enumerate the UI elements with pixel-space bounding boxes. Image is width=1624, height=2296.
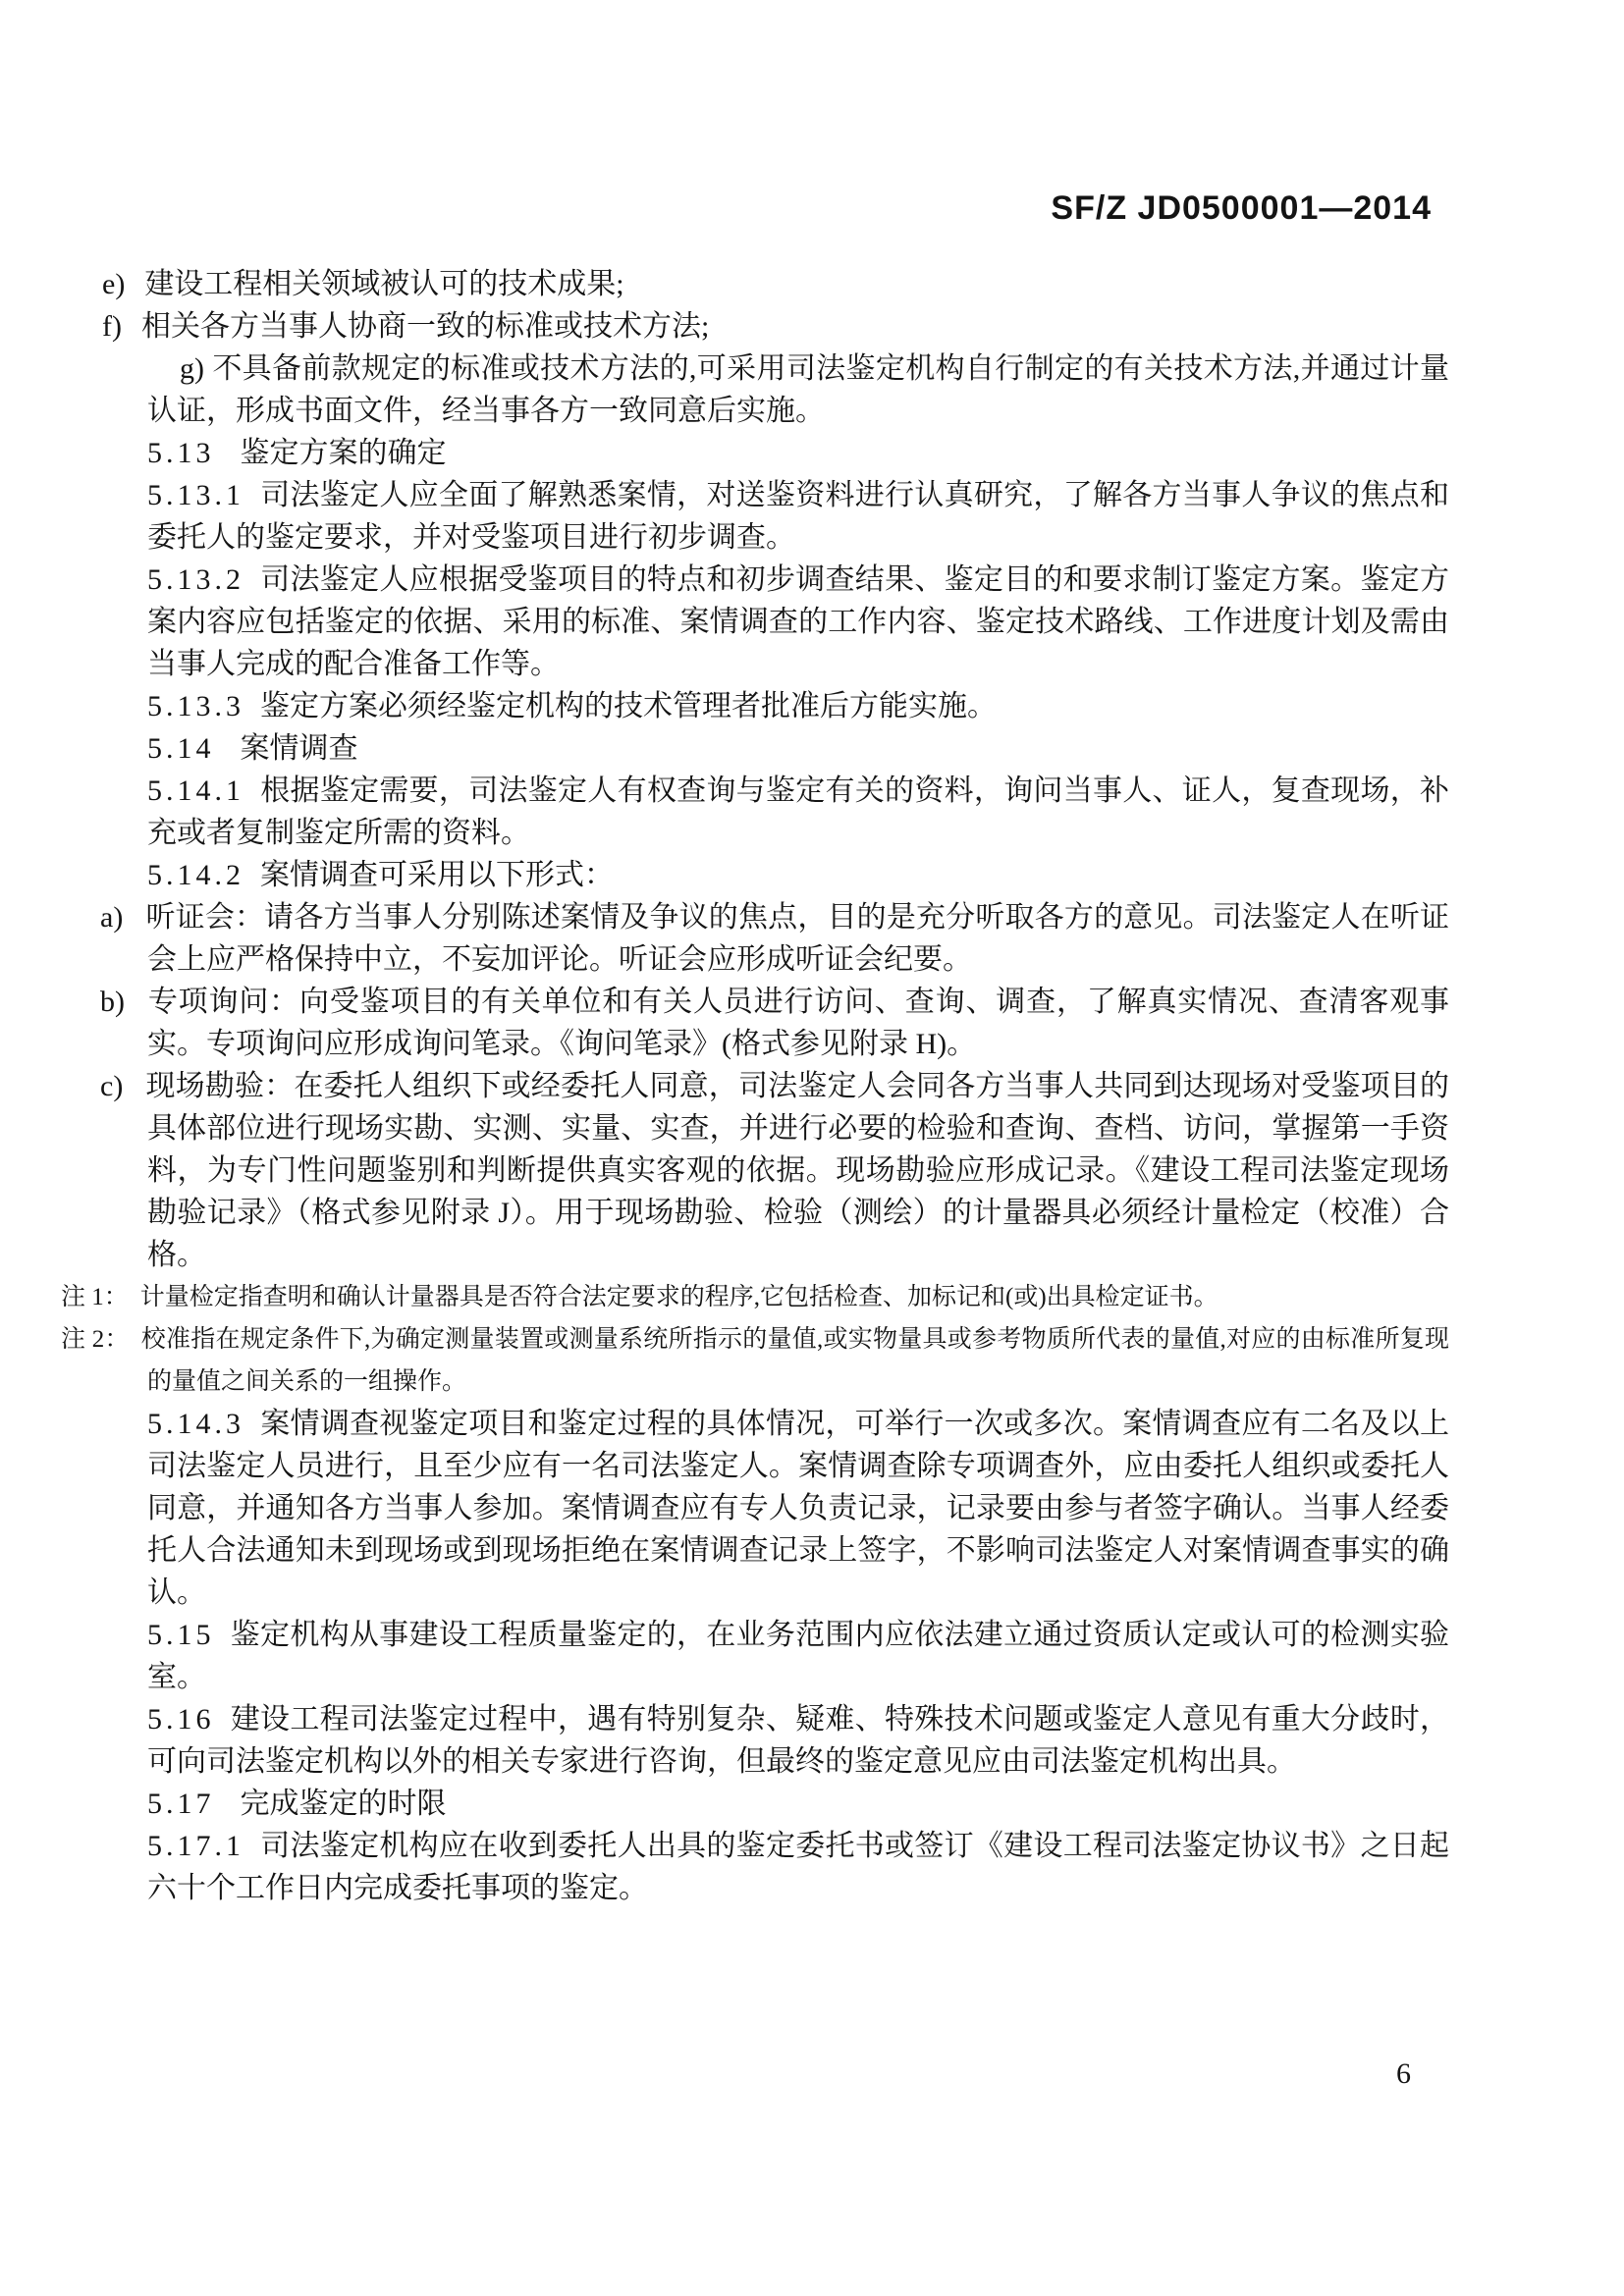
paragraph-5-15: 5.15鉴定机构从事建设工程质量鉴定的，在业务范围内应依法建立通过资质认定或认可… xyxy=(147,1614,1449,1698)
paragraph-number: 5.13.2 xyxy=(147,563,244,596)
paragraph-5-13-1: 5.13.1司法鉴定人应全面了解熟悉案情，对送鉴资料进行认真研究，了解各方当事人… xyxy=(147,474,1449,559)
paragraph-text: 司法鉴定人应全面了解熟悉案情，对送鉴资料进行认真研究，了解各方当事人争议的焦点和… xyxy=(147,479,1449,554)
paragraph-text: 案情调查可采用以下形式： xyxy=(260,859,614,891)
paragraph-number: 5.14.2 xyxy=(147,859,244,891)
paragraph-5-13-3: 5.13.3鉴定方案必须经鉴定机构的技术管理者批准后方能实施。 xyxy=(147,685,1449,727)
section-title: 案情调查 xyxy=(241,732,358,765)
note-1: 注 1：计量检定指查明和确认计量器具是否符合法定要求的程序,它包括检查、加标记和… xyxy=(147,1276,1449,1318)
clause-b: b)专项询问：向受鉴项目的有关单位和有关人员进行访问、查询、调查，了解真实情况、… xyxy=(147,981,1449,1065)
clause-g: g)不具备前款规定的标准或技术方法的,可采用司法鉴定机构自行制定的有关技术方法,… xyxy=(147,347,1449,432)
paragraph-number: 5.15 xyxy=(147,1619,215,1651)
section-heading-5-17: 5.17完成鉴定的时限 xyxy=(147,1783,1449,1825)
paragraph-text: 鉴定机构从事建设工程质量鉴定的，在业务范围内应依法建立通过资质认定或认可的检测实… xyxy=(147,1619,1449,1693)
paragraph-5-14-2: 5.14.2案情调查可采用以下形式： xyxy=(147,854,1449,896)
clause-a: a)听证会：请各方当事人分别陈述案情及争议的焦点，目的是充分听取各方的意见。司法… xyxy=(147,896,1449,981)
paragraph-number: 5.13.3 xyxy=(147,690,244,722)
note-2-label: 注 2： xyxy=(61,1326,130,1353)
paragraph-5-14-1: 5.14.1根据鉴定需要，司法鉴定人有权查询与鉴定有关的资料，询问当事人、证人，… xyxy=(147,770,1449,854)
paragraph-text: 司法鉴定人应根据受鉴项目的特点和初步调查结果、鉴定目的和要求制订鉴定方案。鉴定方… xyxy=(147,563,1449,680)
clause-e: e)建设工程相关领域被认可的技术成果; xyxy=(147,263,1449,305)
page-number: 6 xyxy=(1396,2057,1411,2091)
clause-e-text: 建设工程相关领域被认可的技术成果; xyxy=(144,268,623,300)
paragraph-text: 建设工程司法鉴定过程中，遇有特别复杂、疑难、特殊技术问题或鉴定人意见有重大分歧时… xyxy=(147,1703,1449,1778)
clause-f: f)相关各方当事人协商一致的标准或技术方法; xyxy=(147,305,1449,347)
clause-f-text: 相关各方当事人协商一致的标准或技术方法; xyxy=(141,310,709,343)
paragraph-5-14-3: 5.14.3案情调查视鉴定项目和鉴定过程的具体情况，可举行一次或多次。案情调查应… xyxy=(147,1403,1449,1614)
paragraph-text: 案情调查视鉴定项目和鉴定过程的具体情况，可举行一次或多次。案情调查应有二名及以上… xyxy=(147,1408,1449,1609)
paragraph-5-16: 5.16建设工程司法鉴定过程中，遇有特别复杂、疑难、特殊技术问题或鉴定人意见有重… xyxy=(147,1698,1449,1783)
clause-f-label: f) xyxy=(102,310,122,343)
paragraph-text: 根据鉴定需要，司法鉴定人有权查询与鉴定有关的资料，询问当事人、证人，复查现场，补… xyxy=(147,774,1449,849)
paragraph-number: 5.14.1 xyxy=(147,774,244,807)
clause-b-text: 专项询问：向受鉴项目的有关单位和有关人员进行访问、查询、调查，了解真实情况、查清… xyxy=(147,986,1449,1060)
document-content: e)建设工程相关领域被认可的技术成果; f)相关各方当事人协商一致的标准或技术方… xyxy=(147,263,1449,1909)
paragraph-5-13-2: 5.13.2司法鉴定人应根据受鉴项目的特点和初步调查结果、鉴定目的和要求制订鉴定… xyxy=(147,559,1449,685)
clause-a-label: a) xyxy=(100,901,123,934)
clause-g-text: 不具备前款规定的标准或技术方法的,可采用司法鉴定机构自行制定的有关技术方法,并通… xyxy=(147,352,1449,427)
section-heading-5-14: 5.14案情调查 xyxy=(147,727,1449,770)
clause-c-label: c) xyxy=(100,1070,123,1102)
note-1-label: 注 1： xyxy=(61,1284,129,1310)
document-page: SF/Z JD0500001—2014 e)建设工程相关领域被认可的技术成果; … xyxy=(0,0,1624,2296)
section-number: 5.14 xyxy=(147,732,215,765)
paragraph-number: 5.17.1 xyxy=(147,1830,244,1862)
clause-g-label: g) xyxy=(180,352,204,385)
paragraph-text: 鉴定方案必须经鉴定机构的技术管理者批准后方能实施。 xyxy=(260,690,997,722)
clause-c: c)现场勘验：在委托人组织下或经委托人同意，司法鉴定人会同各方当事人共同到达现场… xyxy=(147,1065,1449,1276)
note-1-text: 计量检定指查明和确认计量器具是否符合法定要求的程序,它包括检查、加标记和(或)出… xyxy=(140,1284,1218,1310)
standard-code: SF/Z JD0500001—2014 xyxy=(1051,189,1432,228)
paragraph-number: 5.14.3 xyxy=(147,1408,244,1440)
clause-b-label: b) xyxy=(100,986,125,1018)
section-title: 完成鉴定的时限 xyxy=(241,1788,447,1820)
section-title: 鉴定方案的确定 xyxy=(241,437,447,469)
clause-c-text: 现场勘验：在委托人组织下或经委托人同意，司法鉴定人会同各方当事人共同到达现场对受… xyxy=(145,1070,1449,1271)
paragraph-number: 5.16 xyxy=(147,1703,215,1735)
clause-a-text: 听证会：请各方当事人分别陈述案情及争议的焦点，目的是充分听取各方的意见。司法鉴定… xyxy=(145,901,1449,976)
section-heading-5-13: 5.13鉴定方案的确定 xyxy=(147,432,1449,474)
section-number: 5.13 xyxy=(147,437,215,469)
paragraph-text: 司法鉴定机构应在收到委托人出具的鉴定委托书或签订《建设工程司法鉴定协议书》之日起… xyxy=(147,1830,1449,1904)
paragraph-5-17-1: 5.17.1司法鉴定机构应在收到委托人出具的鉴定委托书或签订《建设工程司法鉴定协… xyxy=(147,1825,1449,1909)
paragraph-number: 5.13.1 xyxy=(147,479,244,511)
note-2: 注 2：校准指在规定条件下,为确定测量装置或测量系统所指示的量值,或实物量具或参… xyxy=(147,1318,1449,1403)
note-2-text: 校准指在规定条件下,为确定测量装置或测量系统所指示的量值,或实物量具或参考物质所… xyxy=(141,1326,1449,1395)
section-number: 5.17 xyxy=(147,1788,215,1820)
clause-e-label: e) xyxy=(102,268,125,300)
